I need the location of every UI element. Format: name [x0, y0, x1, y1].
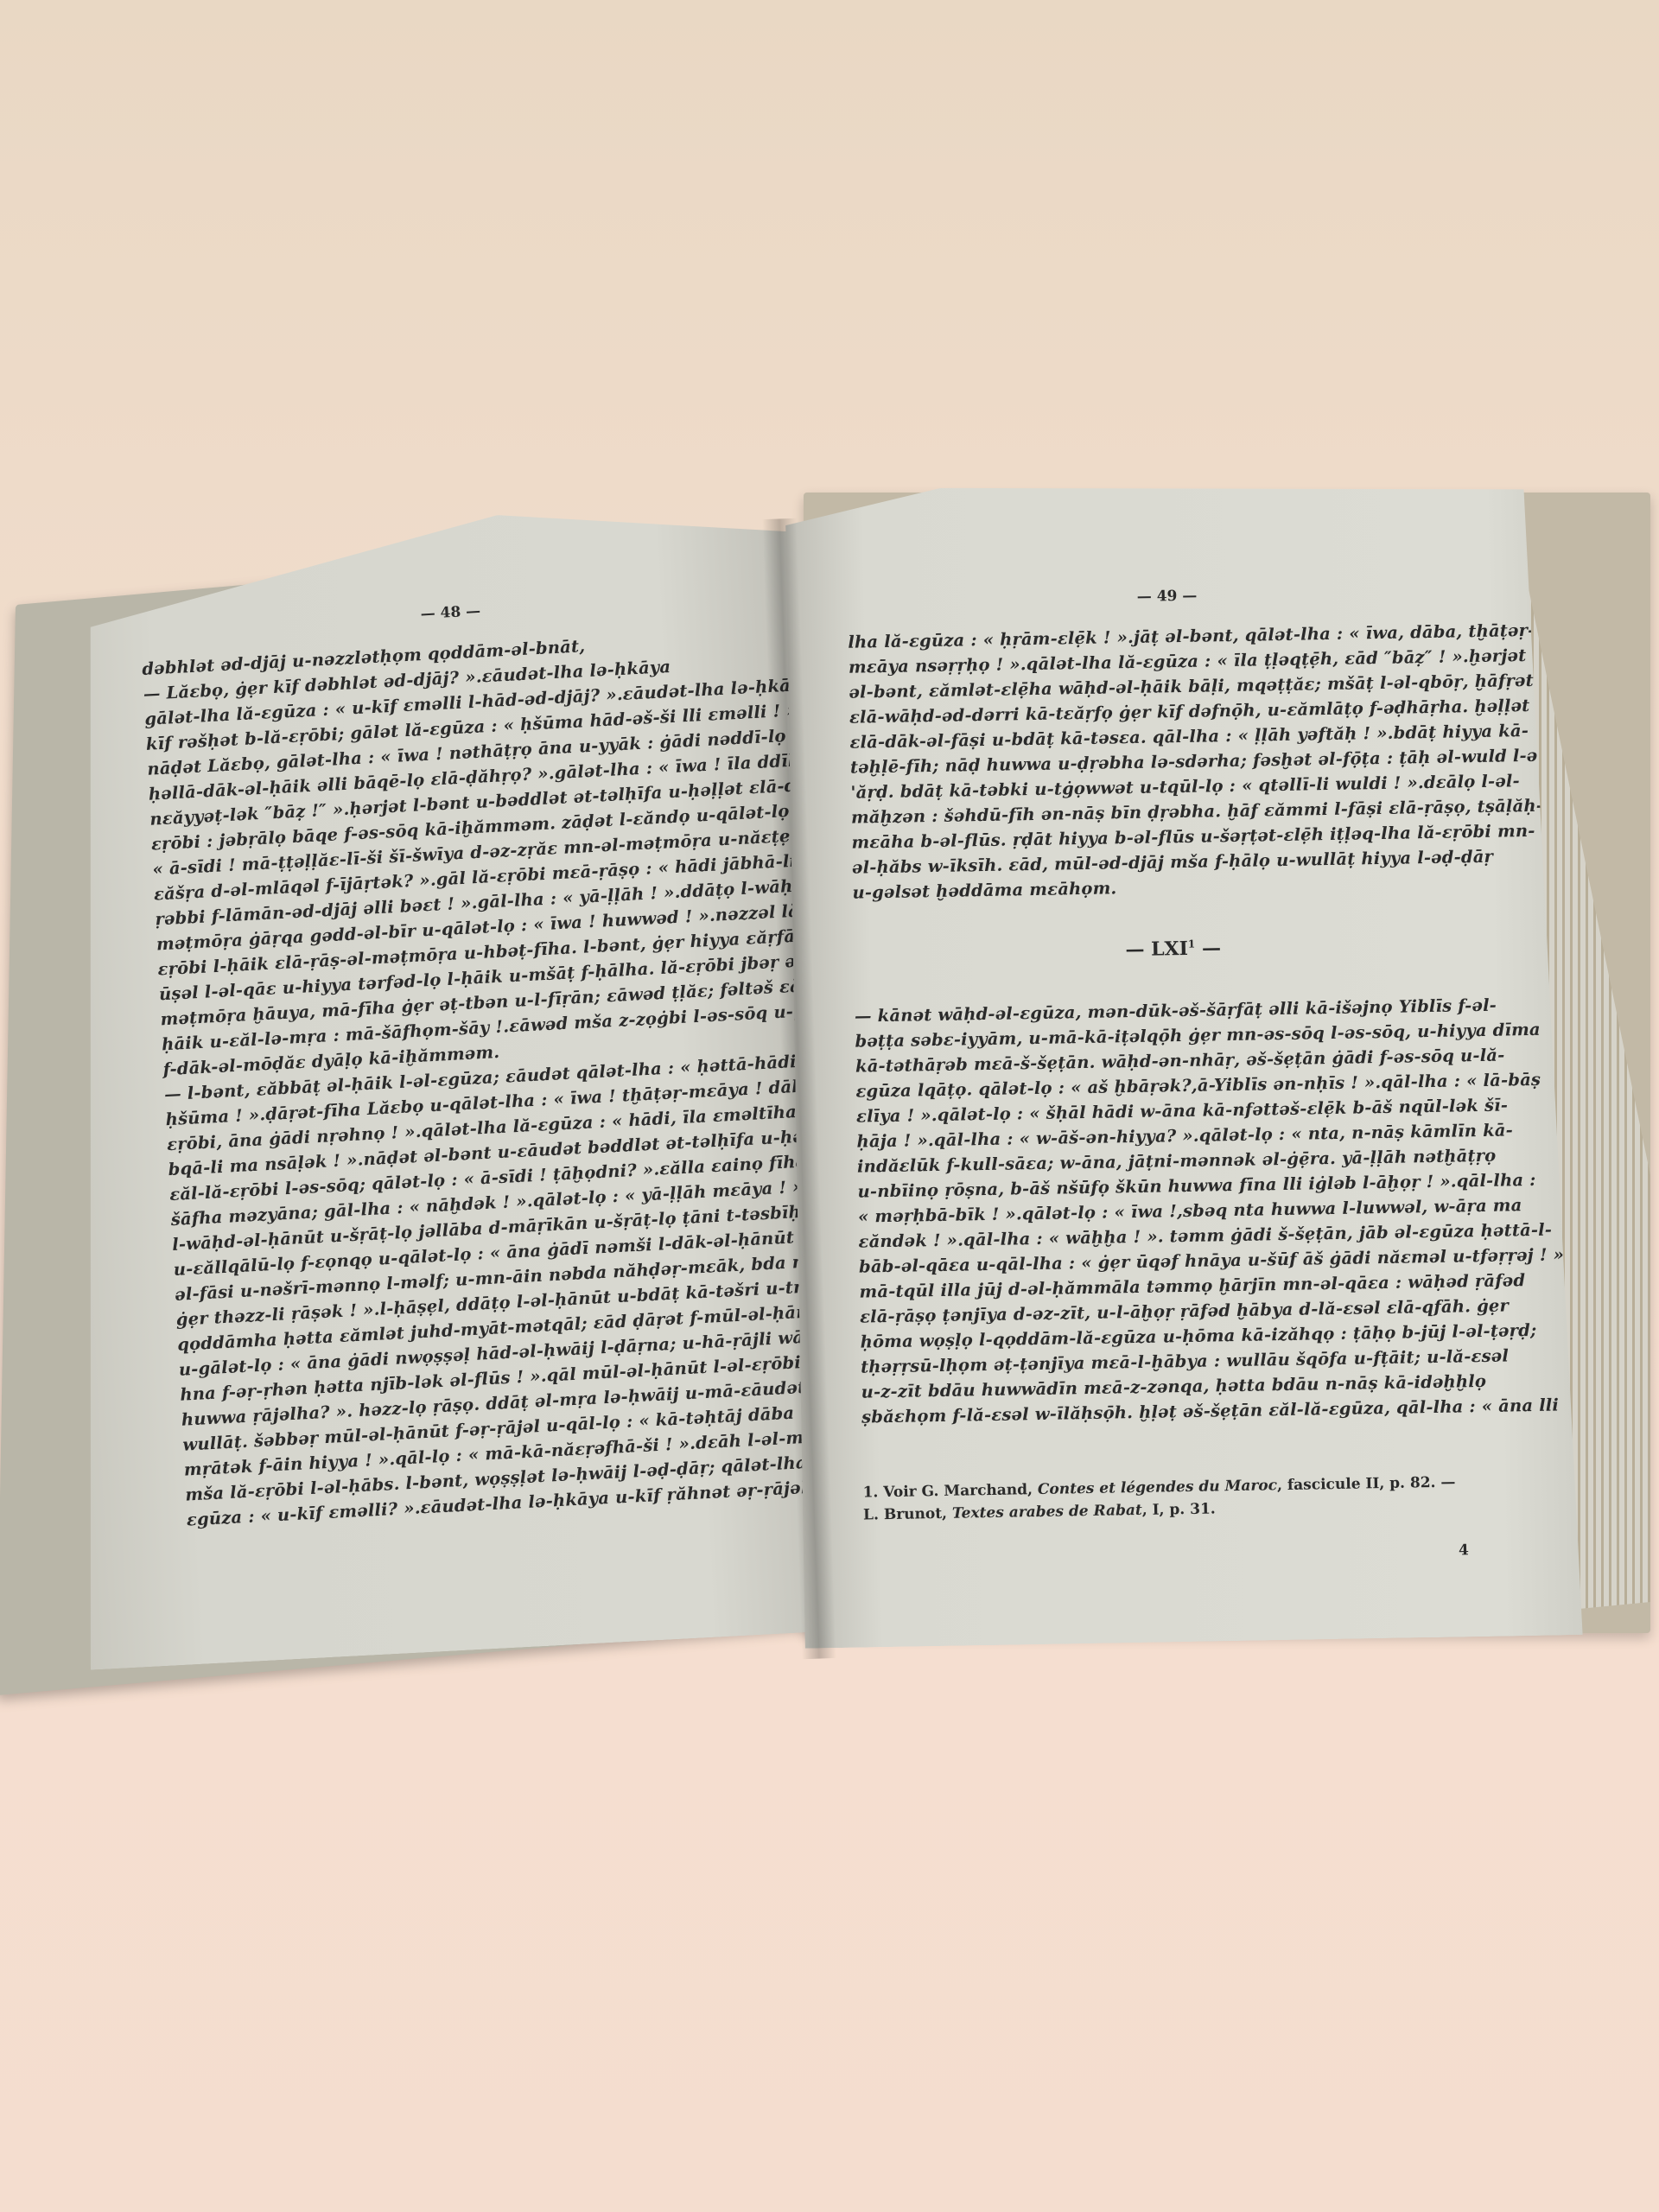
footnote-ref-author-2: L. Brunot, [863, 1505, 952, 1524]
chapter-heading: — LXI1 — [854, 932, 1493, 966]
footnote-ref-title: Contes et légendes du Maroc [1038, 1477, 1277, 1498]
left-page-text: — 48 — dəbhlət əd-djāj u-nəzzlətḥọm qọdd… [139, 588, 808, 1532]
footnote-marker: 1 [1188, 938, 1196, 950]
right-page-body-bottom: — kānət wāḥd-əl-ɛgūza, mən-dūk-əš-šāṛfāṭ… [855, 993, 1501, 1430]
footnote-ref-author: 1. Voir G. Marchand, [862, 1481, 1038, 1502]
right-page: — 49 — lha lă-ɛgūza : « ḥṛām-ɛlẹ̄k ! ».j… [785, 477, 1582, 1649]
left-page-body: dəbhlət əd-djāj u-nəzzlətḥọm qọddām-əl-b… [142, 624, 809, 1532]
chapter-heading-text: — LXI [1125, 938, 1188, 961]
open-book: — 48 — dəbhlət əd-djāj u-nəzzlətḥọm qọdd… [0, 0, 1659, 2212]
footnote-ref-detail-2: , I, p. 31. [1142, 1500, 1216, 1518]
chapter-heading-tail: — [1195, 937, 1221, 960]
right-page-body-top: lha lă-ɛgūza : « ḥṛām-ɛlẹ̄k ! ».jāṭ əl-b… [848, 619, 1491, 906]
left-page: — 48 — dəbhlət əd-djāj u-nəzzlətḥọm qọdd… [31, 499, 867, 1669]
page-number-49: — 49 — [847, 582, 1486, 611]
footnote-ref-title-2: Textes arabes de Rabat [952, 1502, 1142, 1522]
footnote-ref-detail: , fascicule II, p. 82. — [1277, 1474, 1456, 1495]
right-page-text: — 49 — lha lă-ɛgūza : « ḥṛām-ɛlẹ̄k ! ».j… [847, 582, 1503, 1570]
signature-mark: 4 [829, 1541, 1469, 1570]
footnote: 1. Voir G. Marchand, Contes et légendes … [862, 1471, 1503, 1527]
